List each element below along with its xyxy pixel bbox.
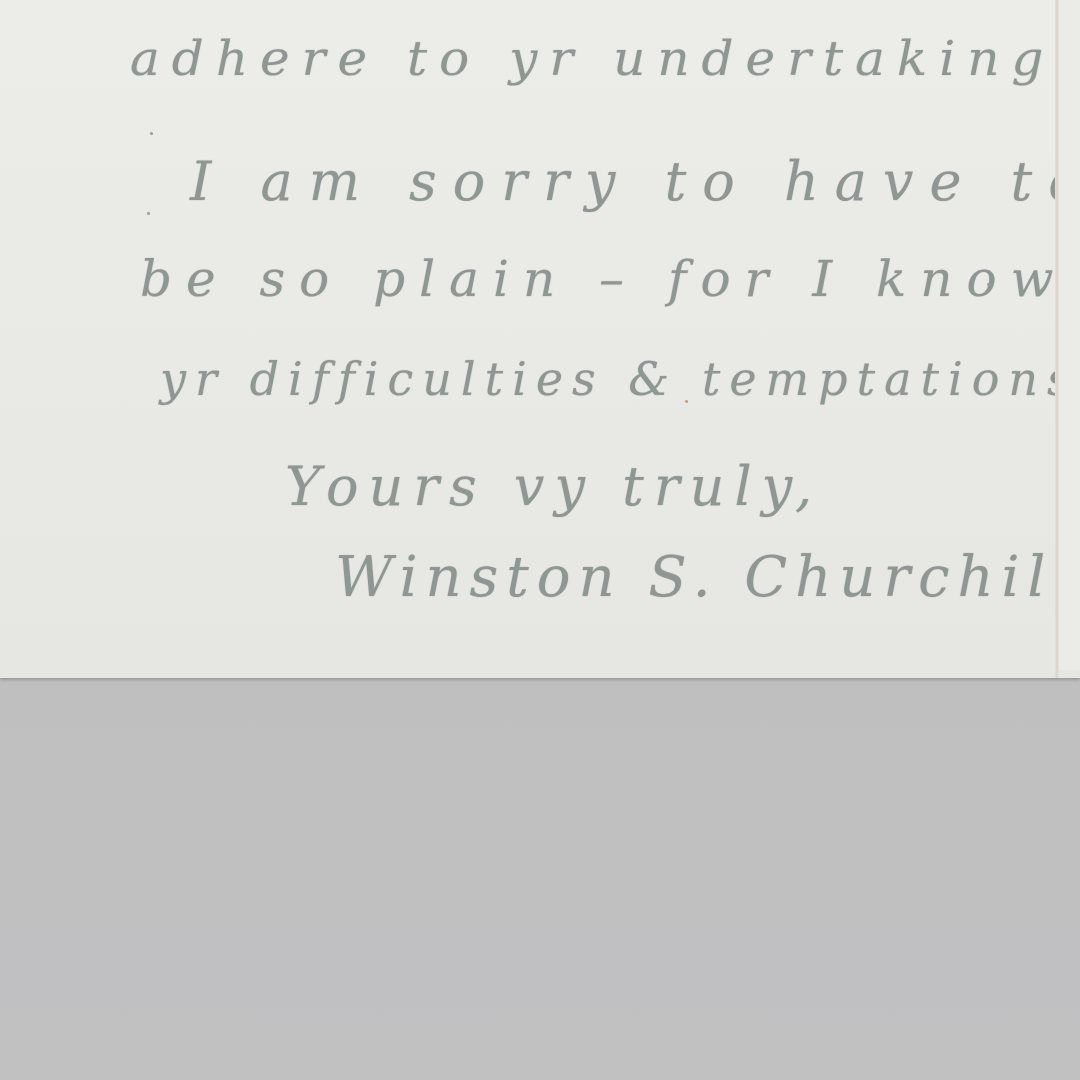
ink-speck: [150, 132, 153, 135]
photo-stage: adhere to yr undertaking. I am sorry to …: [0, 0, 1080, 1080]
foxing-spot: [685, 400, 688, 403]
letter-line-3: be so plain – for I know: [140, 250, 1067, 308]
letter-page: adhere to yr undertaking. I am sorry to …: [0, 0, 1080, 678]
paper-right-edge: [1059, 0, 1080, 670]
letter-line-1: adhere to yr undertaking.: [130, 31, 1080, 86]
ink-speck: [147, 212, 150, 215]
ink-speck: [987, 283, 990, 286]
letter-signature: Winston S. Churchill: [335, 545, 1079, 610]
letter-line-2: I am sorry to have to: [190, 150, 1080, 213]
letter-closing: Yours vy truly,: [285, 455, 822, 518]
letter-line-4: yr difficulties & temptations.: [160, 352, 1080, 406]
